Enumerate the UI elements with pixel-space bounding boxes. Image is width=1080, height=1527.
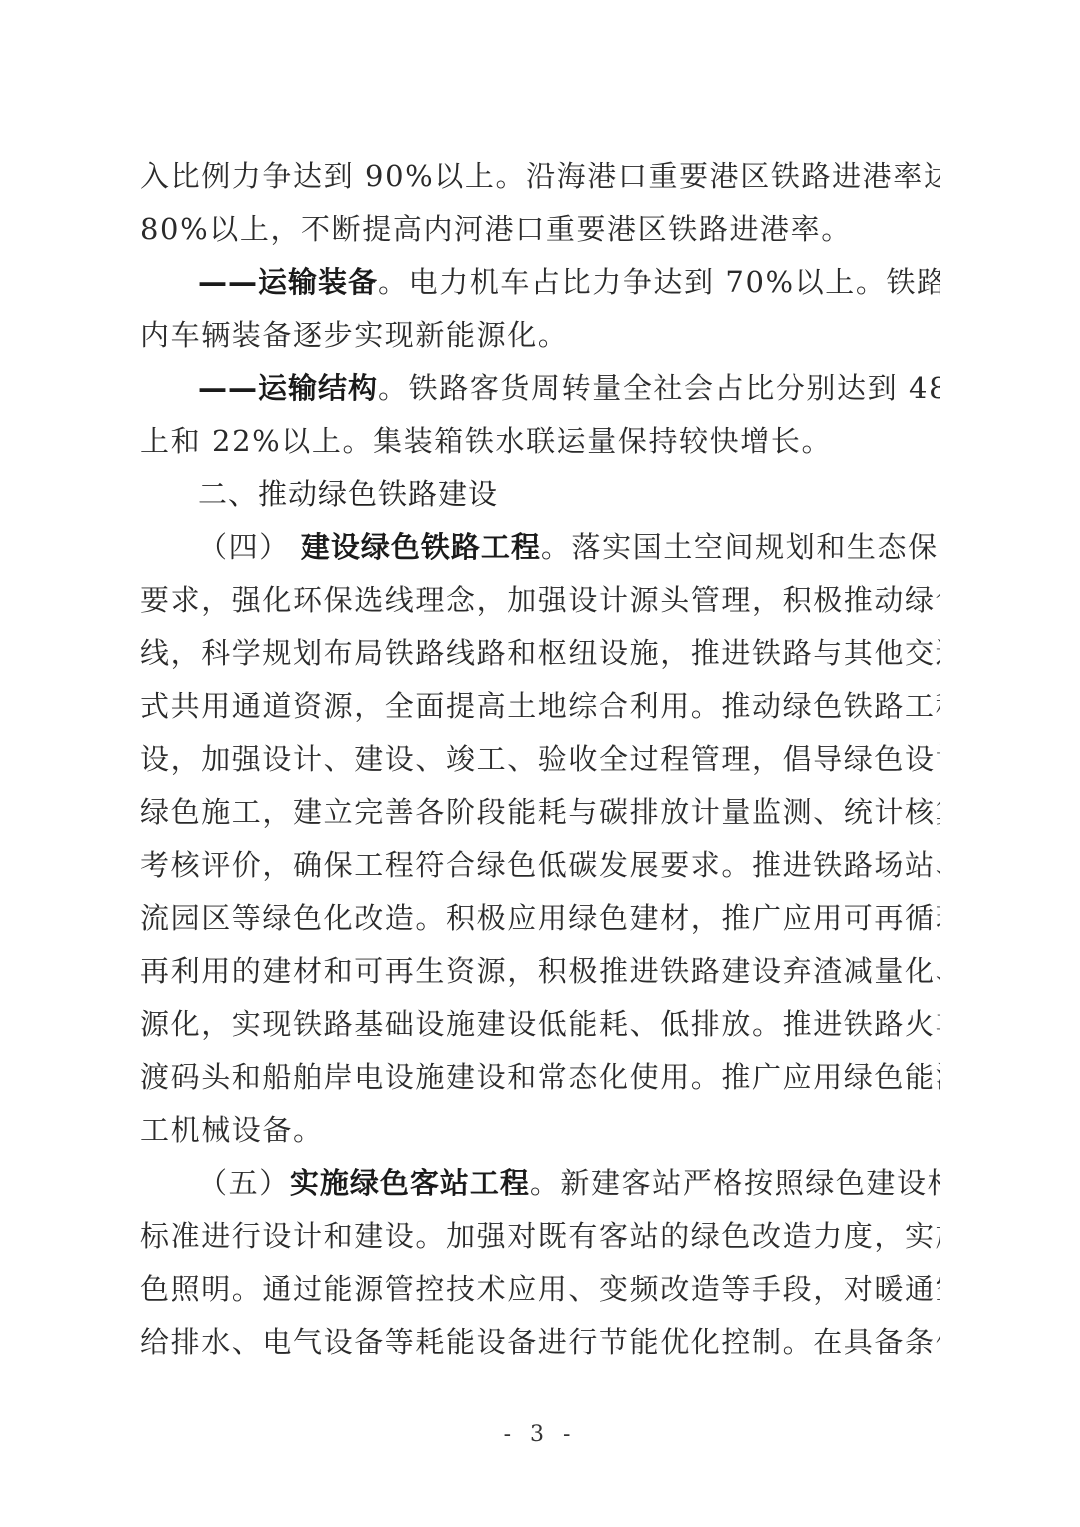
- item-title: ——运输结构: [198, 371, 378, 405]
- line-text: 工机械设备。: [140, 1113, 324, 1147]
- text-line: 给排水、电气设备等耗能设备进行节能优化控制。在具备条件的: [140, 1316, 940, 1369]
- line-text: 内车辆装备逐步实现新能源化。: [140, 318, 568, 352]
- text-line: 式共用通道资源，全面提高土地综合利用。推动绿色铁路工程建: [140, 680, 940, 733]
- text-line: 标准进行设计和建设。加强对既有客站的绿色改造力度，实施绿: [140, 1210, 940, 1263]
- line-text: 。铁路客货周转量全社会占比分别达到 48%以: [378, 371, 940, 405]
- text-line: 要求，强化环保选线理念，加强设计源头管理，积极推动绿色选: [140, 574, 940, 627]
- line-text: 入比例力争达到 90%以上。沿海港口重要港区铁路进港率达到: [140, 159, 940, 193]
- text-line: 入比例力争达到 90%以上。沿海港口重要港区铁路进港率达到: [140, 150, 940, 203]
- subsection-title: 建设绿色铁路工程: [290, 530, 541, 564]
- text-line: 上和 22%以上。集装箱铁水联运量保持较快增长。: [140, 415, 940, 468]
- line-text: 流园区等绿色化改造。积极应用绿色建材，推广应用可再循环、: [140, 901, 940, 935]
- text-line: 内车辆装备逐步实现新能源化。: [140, 309, 940, 362]
- line-text: 再利用的建材和可再生资源，积极推进铁路建设弃渣减量化、资: [140, 954, 940, 988]
- line-text: 。电力机车占比力争达到 70%以上。铁路场站: [378, 265, 940, 299]
- subsection-four-start: （四） 建设绿色铁路工程。落实国土空间规划和生态保护: [140, 521, 940, 574]
- line-text: 考核评价，确保工程符合绿色低碳发展要求。推进铁路场站、物: [140, 848, 940, 882]
- subsection-five-start: （五）实施绿色客站工程。新建客站严格按照绿色建设相关: [140, 1157, 940, 1210]
- text-line: 工机械设备。: [140, 1104, 940, 1157]
- line-text: 上和 22%以上。集装箱铁水联运量保持较快增长。: [140, 424, 832, 458]
- line-text: 渡码头和船舶岸电设施建设和常态化使用。推广应用绿色能源施: [140, 1060, 940, 1094]
- section-heading: 二、推动绿色铁路建设: [140, 468, 940, 521]
- text-line: 线，科学规划布局铁路线路和枢纽设施，推进铁路与其他交通方: [140, 627, 940, 680]
- text-line: 色照明。通过能源管控技术应用、变频改造等手段，对暖通空调、: [140, 1263, 940, 1316]
- item-title: ——运输装备: [198, 265, 378, 299]
- section-heading-text: 二、推动绿色铁路建设: [198, 477, 498, 511]
- text-line: 绿色施工，建立完善各阶段能耗与碳排放计量监测、统计核算和: [140, 786, 940, 839]
- line-text: 式共用通道资源，全面提高土地综合利用。推动绿色铁路工程建: [140, 689, 940, 723]
- text-line: 源化，实现铁路基础设施建设低能耗、低排放。推进铁路火车轮: [140, 998, 940, 1051]
- subsection-label: （五）: [198, 1166, 290, 1200]
- target-item-transport-structure: ——运输结构。铁路客货周转量全社会占比分别达到 48%以: [140, 362, 940, 415]
- text-line: 考核评价，确保工程符合绿色低碳发展要求。推进铁路场站、物: [140, 839, 940, 892]
- line-text: 标准进行设计和建设。加强对既有客站的绿色改造力度，实施绿: [140, 1219, 940, 1253]
- line-text: 。落实国土空间规划和生态保护: [541, 530, 940, 564]
- text-line: 再利用的建材和可再生资源，积极推进铁路建设弃渣减量化、资: [140, 945, 940, 998]
- page-number: - 3 -: [0, 1422, 1080, 1447]
- line-text: 80%以上，不断提高内河港口重要港区铁路进港率。: [140, 212, 852, 246]
- line-text: 。新建客站严格按照绿色建设相关: [530, 1166, 940, 1200]
- target-item-transport-equipment: ——运输装备。电力机车占比力争达到 70%以上。铁路场站: [140, 256, 940, 309]
- line-text: 给排水、电气设备等耗能设备进行节能优化控制。在具备条件的: [140, 1325, 940, 1359]
- line-text: 线，科学规划布局铁路线路和枢纽设施，推进铁路与其他交通方: [140, 636, 940, 670]
- text-line: 80%以上，不断提高内河港口重要港区铁路进港率。: [140, 203, 940, 256]
- subsection-label: （四）: [198, 530, 290, 564]
- line-text: 源化，实现铁路基础设施建设低能耗、低排放。推进铁路火车轮: [140, 1007, 940, 1041]
- line-text: 绿色施工，建立完善各阶段能耗与碳排放计量监测、统计核算和: [140, 795, 940, 829]
- line-text: 色照明。通过能源管控技术应用、变频改造等手段，对暖通空调、: [140, 1272, 940, 1306]
- text-line: 流园区等绿色化改造。积极应用绿色建材，推广应用可再循环、: [140, 892, 940, 945]
- subsection-title: 实施绿色客站工程: [290, 1166, 530, 1200]
- text-line: 设，加强设计、建设、竣工、验收全过程管理，倡导绿色设计、: [140, 733, 940, 786]
- text-line: 渡码头和船舶岸电设施建设和常态化使用。推广应用绿色能源施: [140, 1051, 940, 1104]
- line-text: 要求，强化环保选线理念，加强设计源头管理，积极推动绿色选: [140, 583, 940, 617]
- line-text: 设，加强设计、建设、竣工、验收全过程管理，倡导绿色设计、: [140, 742, 940, 776]
